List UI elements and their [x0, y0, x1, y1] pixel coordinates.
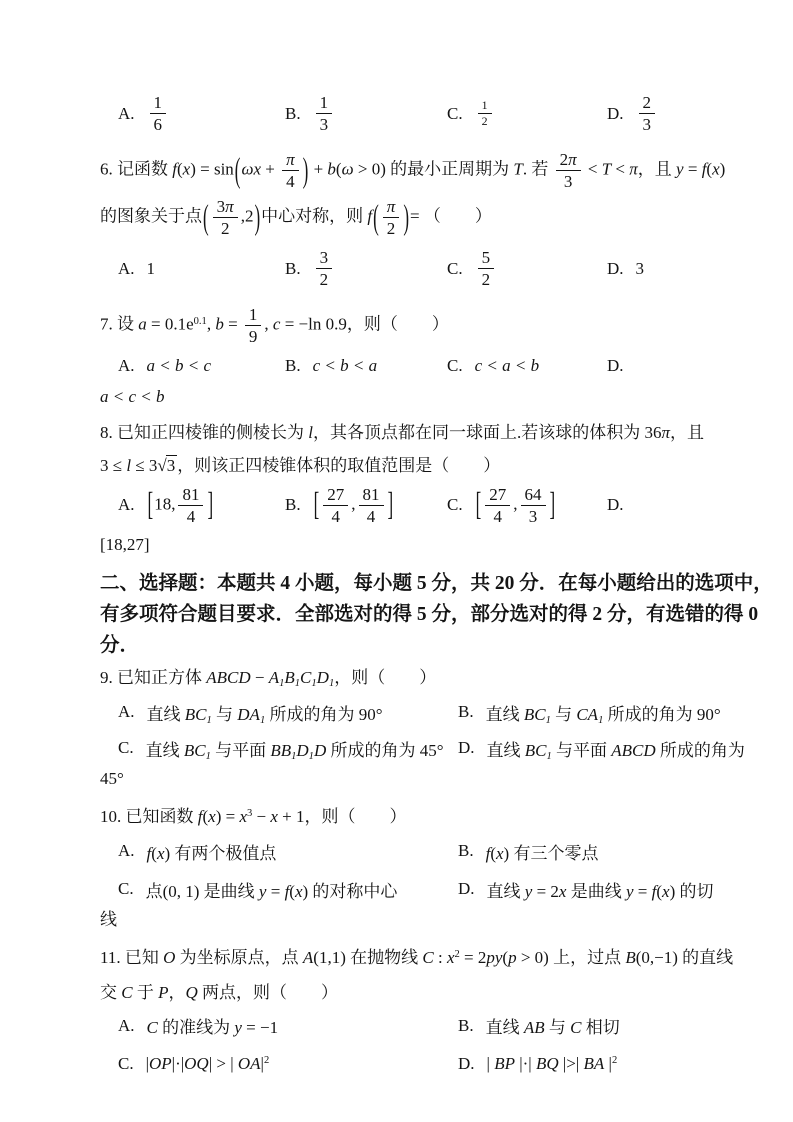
big-paren-open: ( — [372, 189, 380, 245]
option-content: 1 — [147, 259, 156, 279]
subscript: 1 — [291, 751, 296, 762]
text: ，其各顶点都在同一球面上.若该球的体积为 36 — [313, 423, 662, 442]
text: > 0) 的最小正周期为 — [354, 160, 514, 179]
text: 6. 记函数 — [100, 160, 172, 179]
big-bracket-close: ] — [549, 486, 557, 524]
math-variable: x — [239, 807, 247, 826]
fraction-numerator: 1 — [478, 99, 492, 114]
subscript: 1 — [547, 751, 552, 762]
fraction-numerator: 1 — [150, 93, 167, 114]
option-content: [274,814] — [313, 484, 395, 527]
text: | > | — [209, 1054, 238, 1073]
fraction: 274 — [323, 485, 348, 526]
option-c: C.c < a < b — [447, 353, 607, 379]
big-bracket-close: ] — [387, 486, 395, 524]
q8-text-line1: 8. 已知正四棱锥的侧棱长为 l，其各顶点都在同一球面上.若该球的体积为 36π… — [100, 419, 705, 447]
option-a: A.a < b < c — [118, 353, 285, 379]
math-variable: b — [327, 160, 336, 179]
text: 直线 — [486, 1018, 524, 1037]
text: 9 — [249, 327, 258, 346]
option-d: D.直线 BC1 与平面 ABCD 所成的角为 — [458, 735, 745, 761]
q10-text: 10. 已知函数 f(x) = x3 − x + 1，则（ ） — [100, 803, 705, 831]
text: 点(0, 1) 是曲线 — [146, 882, 259, 901]
text: ，则该正四棱锥体积的取值范围是（ ） — [177, 456, 500, 475]
fraction-denominator: 4 — [328, 506, 345, 526]
option-content: f(x) 有三个零点 — [486, 839, 599, 864]
fraction-denominator: 4 — [363, 506, 380, 526]
text: 与 — [551, 705, 577, 724]
superscript: 2 — [455, 949, 460, 960]
subscript: 1 — [546, 715, 551, 726]
option-a: A.1 — [118, 256, 285, 282]
option-content: C 的准线为 y = −1 — [147, 1013, 279, 1038]
subscript: 1 — [260, 715, 265, 726]
option-content: 3 — [636, 259, 645, 279]
option-c: C.[274,643] — [447, 484, 607, 527]
option-c: C.52 — [447, 247, 607, 290]
option-content: a < b < c — [147, 356, 212, 376]
q10-options-row2: C.点(0, 1) 是曲线 y = f(x) 的对称中心D.直线 y = 2x … — [100, 876, 705, 902]
option-b: B.c < b < a — [285, 353, 447, 379]
text: 2 — [221, 219, 230, 238]
text: ,2 — [241, 207, 254, 226]
fraction-numerator: 64 — [521, 485, 546, 506]
text: 3 — [636, 259, 645, 278]
option-d: D. — [607, 492, 705, 518]
option-label: B. — [285, 104, 301, 124]
option-label: C. — [447, 104, 463, 124]
text: | — [604, 1054, 612, 1073]
big-bracket-open: [ — [147, 486, 155, 524]
text: 所成的角为 45° — [326, 741, 443, 760]
q6-options: A.1B.32C.52D.3 — [100, 247, 705, 290]
math-variable: OA — [238, 1054, 261, 1073]
text: 中心对称，则 — [261, 207, 367, 226]
section2-header-line2: 有多项符合题目要求．全部选对的得 5 分，部分选对的得 2 分，有选错的得 0 — [100, 600, 705, 629]
text: 有多项符合题目要求．全部选对的得 5 分，部分选对的得 2 分，有选错的得 0 — [100, 604, 758, 625]
math-variable: BP — [494, 1054, 515, 1073]
q10-option-d-continuation: 线 — [100, 906, 705, 934]
text: 3 — [217, 197, 226, 216]
math-variable: OP — [149, 1054, 172, 1073]
text: |·| — [515, 1054, 536, 1073]
fraction-denominator: 2 — [478, 269, 495, 289]
text: 1 — [482, 98, 488, 112]
exam-document-page: A.16B.13C.12D.236. 记函数 f(x) = sin(ωx + π… — [0, 0, 793, 1077]
math-variable: x — [712, 160, 720, 179]
text: 4 — [332, 507, 341, 526]
text: 3 — [529, 507, 538, 526]
option-label: A. — [118, 356, 135, 376]
text: , — [351, 494, 355, 513]
option-c: C.直线 BC1 与平面 BB1D1D 所成的角为 45° — [118, 735, 458, 761]
text: 为坐标原点，点 — [175, 948, 303, 967]
option-a: A.f(x) 有两个极值点 — [118, 838, 458, 864]
option-b: B.直线 BC1 与 CA1 所成的角为 90° — [458, 699, 721, 725]
text: = （ ） — [410, 207, 492, 226]
text: 81 — [363, 485, 380, 504]
q10-options-row1: A.f(x) 有两个极值点B.f(x) 有三个零点 — [100, 838, 705, 864]
option-content: 直线 BC1 与 CA1 所成的角为 90° — [486, 700, 721, 725]
math-variable: x — [662, 882, 670, 901]
option-content: 直线 y = 2x 是曲线 y = f(x) 的切 — [487, 877, 714, 902]
math-variable: T — [602, 160, 611, 179]
q9-options-row2: C.直线 BC1 与平面 BB1D1D 所成的角为 45°D.直线 BC1 与平… — [100, 735, 705, 761]
math-variable: π — [661, 423, 670, 442]
big-paren-close: ) — [302, 142, 310, 198]
text: 27 — [327, 485, 344, 504]
fraction-numerator: π — [282, 150, 299, 171]
option-label: B. — [285, 356, 301, 376]
option-c: C.|OP|·|OQ| > | OA|2 — [118, 1051, 458, 1077]
fraction-numerator: 81 — [178, 485, 203, 506]
text: − — [251, 668, 269, 687]
math-variable: π — [225, 197, 234, 216]
fraction: 2π3 — [556, 150, 581, 191]
text: ，且 — [670, 423, 704, 442]
text: 直线 — [487, 882, 525, 901]
option-c: C.12 — [447, 98, 607, 130]
text: 5 — [482, 248, 491, 267]
math-variable: OQ — [184, 1054, 209, 1073]
text: 64 — [525, 485, 542, 504]
text: < — [584, 160, 602, 179]
option-label: D. — [607, 259, 624, 279]
text: (1,1) 在抛物线 — [313, 948, 422, 967]
text: ) 有三个零点 — [504, 844, 599, 863]
math-variable: a < c < b — [100, 387, 165, 406]
fraction: 19 — [245, 305, 262, 346]
option-content: 52 — [475, 247, 498, 290]
fraction: 3π2 — [213, 197, 238, 238]
option-label: A. — [118, 259, 135, 279]
option-d: D.23 — [607, 92, 705, 135]
option-content: 直线 AB 与 C 相切 — [486, 1013, 620, 1038]
math-variable: py — [486, 948, 502, 967]
option-content: [274,643] — [475, 484, 557, 527]
math-variable: BC — [184, 741, 206, 760]
option-content: 点(0, 1) 是曲线 y = f(x) 的对称中心 — [146, 877, 398, 902]
text: 81 — [182, 485, 199, 504]
option-content: 直线 BC1 与 DA1 所成的角为 90° — [147, 700, 383, 725]
option-b: B.f(x) 有三个零点 — [458, 838, 705, 864]
fraction-denominator: 2 — [478, 114, 492, 128]
subscript: 1 — [329, 678, 334, 689]
option-label: B. — [458, 702, 474, 722]
text: 直线 — [486, 705, 524, 724]
option-content: |OP|·|OQ| > | OA|2 — [146, 1054, 270, 1074]
option-content: | BP |·| BQ |>| BA |2 — [487, 1054, 618, 1074]
text: − — [252, 807, 270, 826]
math-variable: A — [269, 668, 279, 687]
math-variable: c < b < a — [313, 356, 378, 375]
big-bracket-open: [ — [313, 486, 321, 524]
radical-sign: √ — [157, 456, 165, 475]
text: 于 — [133, 983, 159, 1002]
square-root: √3 — [157, 455, 177, 475]
option-label: D. — [458, 879, 475, 899]
math-variable: x — [496, 844, 504, 863]
text: |>| — [559, 1054, 584, 1073]
text: 4 — [494, 507, 503, 526]
text: > 0) 上，过点 — [517, 948, 626, 967]
option-d: D.直线 y = 2x 是曲线 y = f(x) 的切 — [458, 876, 713, 902]
text: 4 — [367, 507, 376, 526]
text: 1 — [249, 305, 258, 324]
text: 4 — [286, 172, 295, 191]
math-variable: A — [303, 948, 313, 967]
fraction-numerator: 1 — [316, 93, 333, 114]
math-variable: π — [568, 150, 577, 169]
math-variable: C — [422, 948, 433, 967]
fraction: 274 — [485, 485, 510, 526]
option-content: 12 — [475, 98, 495, 130]
option-label: D. — [458, 738, 475, 758]
q6-text-line2: 的图象关于点(3π2,2)中心对称，则 f(π2)= （ ） — [100, 196, 705, 239]
text: 直线 — [487, 741, 525, 760]
option-label: A. — [118, 495, 135, 515]
option-content: 直线 BC1 与平面 BB1D1D 所成的角为 45° — [146, 736, 444, 761]
q9-text: 9. 已知正方体 ABCD − A1B1C1D1，则（ ） — [100, 664, 705, 692]
fraction-denominator: 2 — [316, 269, 333, 289]
math-variable: Q — [185, 983, 197, 1002]
text: 所成的角为 90° — [265, 705, 382, 724]
fraction-denominator: 4 — [183, 506, 200, 526]
text: 交 — [100, 983, 121, 1002]
text: 4 — [187, 507, 196, 526]
text: ) 的切 — [670, 882, 714, 901]
math-variable: B — [625, 948, 635, 967]
math-variable: x — [208, 807, 216, 826]
math-variable: y — [234, 1018, 242, 1037]
option-content: 13 — [313, 92, 336, 135]
text: 3 — [320, 115, 329, 134]
big-paren-open: ( — [234, 142, 242, 198]
math-variable: y — [626, 882, 634, 901]
option-label: D. — [607, 356, 624, 376]
subscript: 1 — [309, 751, 314, 762]
math-variable: BC — [525, 741, 547, 760]
text: ，则（ ） — [334, 668, 436, 687]
text: 3 ≤ — [100, 456, 126, 475]
text: 3 — [643, 115, 652, 134]
text: 的准线为 — [158, 1018, 235, 1037]
fraction-numerator: π — [383, 197, 400, 218]
math-variable: BB — [270, 741, 291, 760]
text: 2 — [482, 270, 491, 289]
math-variable: ω — [342, 160, 354, 179]
text: |·| — [172, 1054, 184, 1073]
text: 所成的角为 — [656, 741, 745, 760]
math-variable: b — [215, 315, 224, 334]
math-variable: C — [570, 1018, 581, 1037]
fraction-numerator: 2 — [639, 93, 656, 114]
fraction-denominator: 3 — [525, 506, 542, 526]
text: 11. 已知 — [100, 948, 163, 967]
option-content: f(x) 有两个极值点 — [147, 839, 277, 864]
option-a: A.[18,814] — [118, 484, 285, 527]
fraction-numerator: 2π — [556, 150, 581, 171]
fraction-denominator: 2 — [383, 218, 400, 238]
text: 1 — [147, 259, 156, 278]
text: 分． — [100, 635, 139, 656]
text: 2 — [482, 114, 488, 128]
text: + — [261, 160, 279, 179]
section2-header-line3: 分． — [100, 631, 705, 660]
fraction-denominator: 4 — [282, 171, 299, 191]
option-content: c < a < b — [475, 356, 540, 376]
math-variable: x — [270, 807, 278, 826]
option-label: C. — [447, 495, 463, 515]
option-label: A. — [118, 104, 135, 124]
text: 所成的角为 90° — [603, 705, 720, 724]
option-d: D.| BP |·| BQ |>| BA |2 — [458, 1051, 705, 1077]
q8-option-d-continuation: [18,27] — [100, 531, 705, 559]
text: 45° — [100, 769, 124, 788]
option-label: A. — [118, 702, 135, 722]
text: 2 — [560, 150, 569, 169]
text: = — [224, 315, 242, 334]
text: 两点，则（ ） — [198, 983, 338, 1002]
big-paren-close: ) — [253, 189, 261, 245]
fraction-denominator: 4 — [490, 506, 507, 526]
text: 10. 已知函数 — [100, 807, 198, 826]
text: = — [266, 882, 284, 901]
text: . 若 — [523, 160, 553, 179]
text: ， — [168, 983, 185, 1002]
fraction: π4 — [282, 150, 299, 191]
text: 的图象关于点 — [100, 207, 202, 226]
text: , — [513, 494, 517, 513]
superscript: 2 — [612, 1055, 617, 1066]
fraction: π2 — [383, 197, 400, 238]
math-variable: BQ — [536, 1054, 559, 1073]
math-variable: π — [286, 150, 295, 169]
text: 相切 — [581, 1018, 619, 1037]
option-content: 直线 BC1 与平面 ABCD 所成的角为 — [487, 736, 745, 761]
option-label: D. — [607, 495, 624, 515]
fraction: 643 — [521, 485, 546, 526]
text: + — [309, 160, 327, 179]
text: = — [684, 160, 702, 179]
math-variable: p — [508, 948, 517, 967]
q11-options-row1: A.C 的准线为 y = −1B.直线 AB 与 C 相切 — [100, 1013, 705, 1039]
text: ≤ 3 — [131, 456, 157, 475]
text: ) = — [216, 807, 240, 826]
math-variable: x — [295, 882, 303, 901]
fraction-numerator: 3π — [213, 197, 238, 218]
subscript: 1 — [206, 751, 211, 762]
text: = — [634, 882, 652, 901]
text: 6 — [154, 115, 163, 134]
fraction-denominator: 3 — [560, 171, 577, 191]
math-variable: P — [158, 983, 168, 1002]
math-variable: y — [676, 160, 684, 179]
text: 2 — [643, 93, 652, 112]
text: 1 — [320, 93, 329, 112]
subscript: 1 — [279, 678, 284, 689]
q7-options: A.a < b < cB.c < b < aC.c < a < bD. — [100, 353, 705, 379]
option-content: 23 — [636, 92, 659, 135]
text: : — [434, 948, 447, 967]
fraction: 814 — [178, 485, 203, 526]
text: < — [611, 160, 629, 179]
math-variable: DA — [237, 705, 260, 724]
math-variable: BA — [584, 1054, 605, 1073]
big-paren-close: ) — [402, 189, 410, 245]
text: 与 — [212, 705, 238, 724]
option-d: D. — [607, 353, 705, 379]
math-variable: ABCD — [611, 741, 655, 760]
text: 二、选择题：本题共 4 小题，每小题 5 分，共 20 分．在每小题给出的选项中… — [100, 573, 773, 594]
math-variable: B — [284, 668, 294, 687]
fraction-numerator: 5 — [478, 248, 495, 269]
option-b: B.[274,814] — [285, 484, 447, 527]
text: 3 — [320, 248, 329, 267]
text: ) 的对称中心 — [303, 882, 398, 901]
math-variable: π — [387, 197, 396, 216]
math-variable: D — [314, 741, 326, 760]
option-b: B.13 — [285, 92, 447, 135]
text: 直线 — [146, 741, 184, 760]
option-label: A. — [118, 1016, 135, 1036]
option-a: A.16 — [118, 92, 285, 135]
text: 2 — [387, 219, 396, 238]
math-variable: C — [147, 1018, 158, 1037]
text: = 2 — [460, 948, 487, 967]
text: [18,27] — [100, 535, 150, 554]
fraction-denominator: 3 — [316, 114, 333, 134]
math-variable: a — [138, 315, 147, 334]
math-variable: BC — [524, 705, 546, 724]
text: 7. 设 — [100, 315, 138, 334]
option-b: B.直线 AB 与 C 相切 — [458, 1013, 705, 1039]
math-variable: c < a < b — [475, 356, 540, 375]
math-variable: ωx — [241, 160, 261, 179]
text: 8. 已知正四棱锥的侧棱长为 — [100, 423, 308, 442]
text: = −ln 0.9，则（ ） — [280, 315, 448, 334]
option-label: D. — [458, 1054, 475, 1074]
text: 直线 — [147, 705, 185, 724]
text: 1 — [154, 93, 163, 112]
text: 与 — [545, 1018, 571, 1037]
section2-header-line1: 二、选择题：本题共 4 小题，每小题 5 分，共 20 分．在每小题给出的选项中… — [100, 569, 705, 598]
text: 2 — [320, 270, 329, 289]
fraction-numerator: 81 — [359, 485, 384, 506]
text: , — [264, 315, 273, 334]
text: ) — [720, 160, 726, 179]
text: ) 有两个极值点 — [164, 844, 276, 863]
q9-option-d-continuation: 45° — [100, 765, 705, 793]
option-label: C. — [447, 259, 463, 279]
option-a: A.直线 BC1 与 DA1 所成的角为 90° — [118, 699, 458, 725]
math-variable: CA — [576, 705, 598, 724]
superscript: 3 — [247, 808, 252, 819]
subscript: 1 — [311, 678, 316, 689]
fraction-numerator: 1 — [245, 305, 262, 326]
math-variable: π — [629, 160, 638, 179]
subscript: 1 — [207, 715, 212, 726]
radicand: 3 — [166, 455, 178, 475]
text: 与平面 — [211, 741, 271, 760]
text: ，且 — [638, 160, 676, 179]
option-label: B. — [285, 495, 301, 515]
q8-options: A.[18,814]B.[274,814]C.[274,643]D. — [100, 484, 705, 527]
fraction: 13 — [316, 93, 333, 134]
option-content: 16 — [147, 92, 170, 135]
fraction-numerator: 27 — [323, 485, 348, 506]
fraction: 814 — [359, 485, 384, 526]
